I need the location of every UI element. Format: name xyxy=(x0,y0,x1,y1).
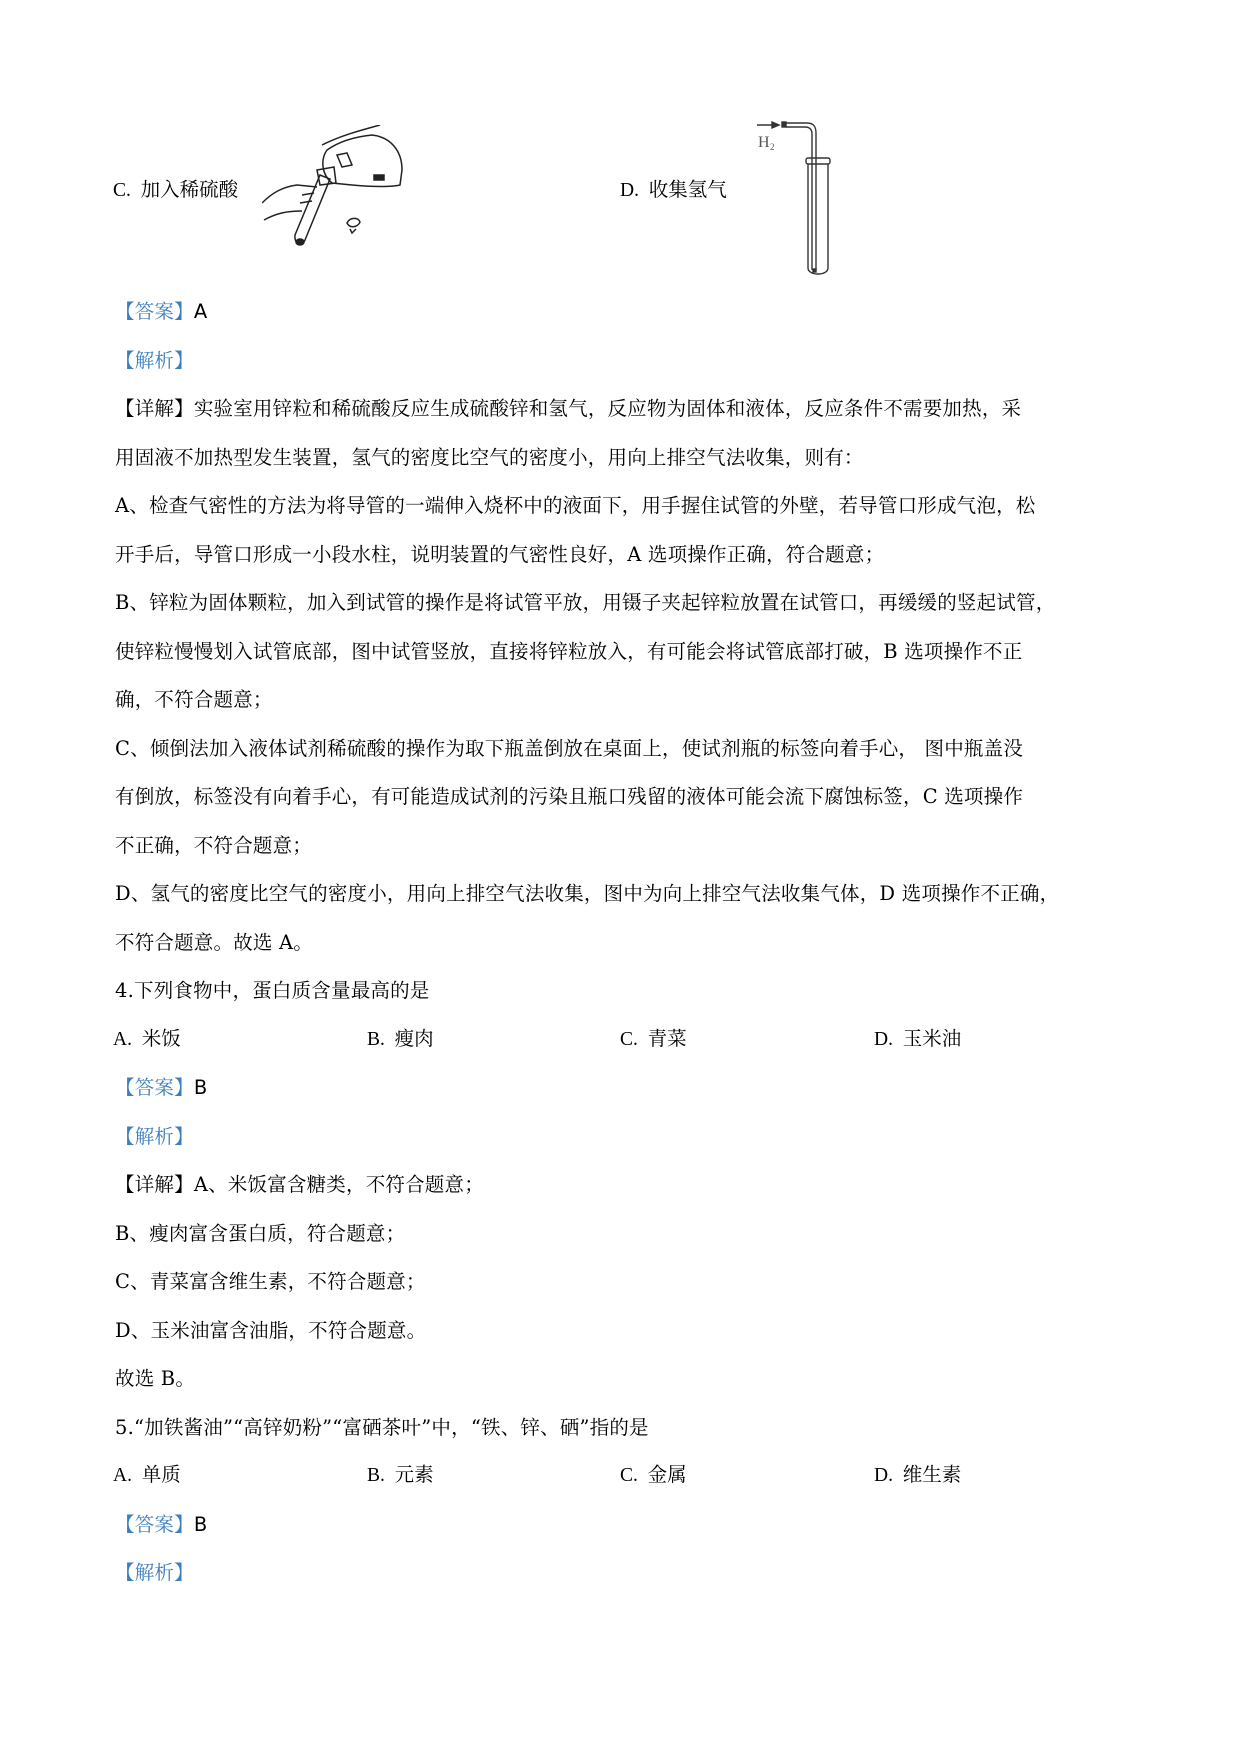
answer-tag: 【答案】 xyxy=(115,1076,194,1099)
option-label: C. xyxy=(113,180,131,201)
q5-option-b: B. 元素 xyxy=(367,1464,434,1488)
q3-detail-line: D、氢气的密度比空气的密度小，用向上排空气法收集，图中为向上排空气法收集气体，D… xyxy=(115,882,1059,906)
q3-analysis-heading: 【解析】 xyxy=(115,349,194,373)
q3-detail-line: 使锌粒慢慢划入试管底部，图中试管竖放，直接将锌粒放入，有可能会将试管底部打破，B… xyxy=(115,640,1022,664)
q5-analysis-heading: 【解析】 xyxy=(115,1561,194,1585)
q4-detail-line: C、青菜富含维生素，不符合题意； xyxy=(115,1270,426,1294)
q5-answer: 【答案】B xyxy=(115,1513,207,1537)
hydrogen-collection-illustration: H 2 xyxy=(752,118,842,278)
q3-detail-line: 确，不符合题意； xyxy=(115,688,273,712)
answer-value: A xyxy=(194,300,208,323)
document-page: C. 加入稀硫酸 D. 收集氢气 xyxy=(0,0,1240,1754)
analysis-tag: 【解析】 xyxy=(115,349,194,372)
q4-option-b: B. 瘦肉 xyxy=(367,1028,434,1052)
q4-option-d: D. 玉米油 xyxy=(874,1028,961,1052)
svg-text:2: 2 xyxy=(770,142,775,152)
q3-detail-line: 有倒放，标签没有向着手心，有可能造成试剂的污染且瓶口残留的液体可能会流下腐蚀标签… xyxy=(115,785,1023,809)
q4-detail-line: 故选 B。 xyxy=(115,1367,195,1391)
h2-label: H xyxy=(758,134,770,151)
q5-question: 5.“加铁酱油”“高锌奶粉”“富硒茶叶”中，“铁、锌、硒”指的是 xyxy=(115,1416,649,1440)
detail-tag: 【详解】 xyxy=(115,397,194,420)
q5-option-c: C. 金属 xyxy=(620,1464,687,1488)
option-text: 加入稀硫酸 xyxy=(141,180,239,201)
q4-detail-line: D、玉米油富含油脂，不符合题意。 xyxy=(115,1319,426,1343)
answer-tag: 【答案】 xyxy=(115,300,194,323)
q3-detail-line: 【详解】实验室用锌粒和稀硫酸反应生成硫酸锌和氢气，反应物为固体和液体，反应条件不… xyxy=(115,397,1021,421)
answer-value: B xyxy=(194,1076,208,1099)
q5-option-d: D. 维生素 xyxy=(874,1464,961,1488)
q3-option-d: D. 收集氢气 xyxy=(620,179,727,203)
q4-analysis-heading: 【解析】 xyxy=(115,1125,194,1149)
q4-answer: 【答案】B xyxy=(115,1076,207,1100)
detail-tag: 【详解】 xyxy=(115,1173,194,1196)
analysis-tag: 【解析】 xyxy=(115,1125,194,1148)
q3-detail-line: C、倾倒法加入液体试剂稀硫酸的操作为取下瓶盖倒放在桌面上，使试剂瓶的标签向着手心… xyxy=(115,737,1023,761)
q4-question: 4.下列食物中，蛋白质含量最高的是 xyxy=(115,979,430,1003)
q5-option-a: A. 单质 xyxy=(113,1464,181,1488)
option-label: D. xyxy=(620,180,639,201)
q4-option-c: C. 青菜 xyxy=(620,1028,687,1052)
option-text: 收集氢气 xyxy=(649,180,727,201)
q3-detail-line: 用固液不加热型发生装置，氢气的密度比空气的密度小，用向上排空气法收集，则有： xyxy=(115,446,864,470)
q3-option-c: C. 加入稀硫酸 xyxy=(113,179,238,203)
answer-value: B xyxy=(194,1513,208,1536)
pouring-acid-illustration xyxy=(262,125,412,260)
analysis-tag: 【解析】 xyxy=(115,1561,194,1584)
q3-detail-line: 不符合题意。故选 A。 xyxy=(115,931,313,955)
q4-detail-line: 【详解】A、米饭富含糖类，不符合题意； xyxy=(115,1173,484,1197)
q3-detail-line: 不正确，不符合题意； xyxy=(115,834,312,858)
q3-answer: 【答案】A xyxy=(115,300,207,324)
q4-option-a: A. 米饭 xyxy=(113,1028,181,1052)
q4-detail-line: B、瘦肉富含蛋白质，符合题意； xyxy=(115,1222,405,1246)
q3-detail-line: B、锌粒为固体颗粒，加入到试管的操作是将试管平放，用镊子夹起锌粒放置在试管口，再… xyxy=(115,591,1055,615)
answer-tag: 【答案】 xyxy=(115,1513,194,1536)
q3-detail-line: 开手后，导管口形成一小段水柱，说明装置的气密性良好，A 选项操作正确，符合题意； xyxy=(115,543,884,567)
q3-detail-line: A、检查气密性的方法为将导管的一端伸入烧杯中的液面下，用手握住试管的外壁，若导管… xyxy=(115,494,1035,518)
